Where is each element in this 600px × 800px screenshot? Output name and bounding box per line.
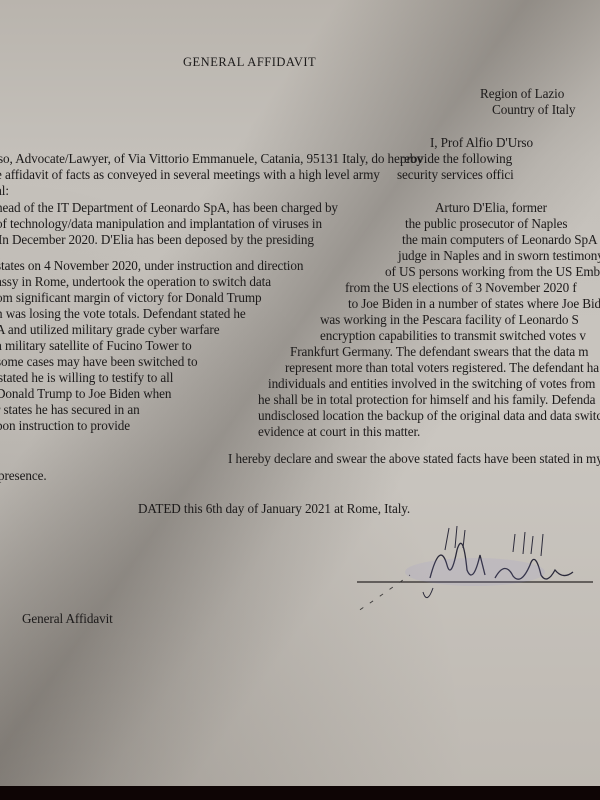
body-right-line: from the US elections of 3 November 2020… xyxy=(345,281,577,294)
body-right-line: evidence at court in this matter. xyxy=(258,425,420,438)
body-right-line: of US persons working from the US Emb xyxy=(385,265,600,278)
intro-right-line: security services offici xyxy=(397,168,514,181)
body-right-line: Arturo D'Elia, former xyxy=(435,201,547,214)
intro-right-line: I, Prof Alfio D'Urso xyxy=(430,136,533,149)
document-title: GENERAL AFFIDAVIT xyxy=(183,56,316,69)
body-right-line: the main computers of Leonardo SpA xyxy=(402,233,597,246)
header-region: Region of Lazio xyxy=(480,87,564,100)
body-left-line: A and utilized military grade cyber warf… xyxy=(0,323,219,336)
body-left-line: stated he is willing to testify to all xyxy=(0,371,173,384)
body-left-line: of technology/data manipulation and impl… xyxy=(0,217,322,230)
header-country: Country of Italy xyxy=(492,103,575,116)
body-right-line: was working in the Pescara facility of L… xyxy=(320,313,579,326)
body-left-line: r states he has secured in an xyxy=(0,403,140,416)
body-right-line: represent more than total voters registe… xyxy=(285,361,599,374)
dated-line: DATED this 6th day of January 2021 at Ro… xyxy=(138,502,410,515)
body-right-line: the public prosecutor of Naples xyxy=(405,217,567,230)
declaration-continued: presence. xyxy=(0,469,47,482)
declaration: I hereby declare and swear the above sta… xyxy=(228,452,600,465)
body-left-line: Donald Trump to Joe Biden when xyxy=(0,387,171,400)
signature xyxy=(355,520,595,640)
body-right-line: individuals and entities involved in the… xyxy=(268,377,595,390)
body-left-line: head of the IT Department of Leonardo Sp… xyxy=(0,201,338,214)
body-right-line: judge in Naples and in sworn testimony xyxy=(398,249,600,262)
body-right-line: encryption capabilities to transmit swit… xyxy=(320,329,586,342)
body-left-line: assy in Rome, undertook the operation to… xyxy=(0,275,271,288)
body-right-line: undisclosed location the backup of the o… xyxy=(258,409,600,422)
intro-left-line: e affidavit of facts as conveyed in seve… xyxy=(0,168,380,181)
body-left-line: om significant margin of victory for Don… xyxy=(0,291,262,304)
body-left-line: a military satellite of Fucino Tower to xyxy=(0,339,192,352)
body-left-line: n was losing the vote totals. Defendant … xyxy=(0,307,246,320)
body-right-line: Frankfurt Germany. The defendant swears … xyxy=(290,345,588,358)
body-left-line: states on 4 November 2020, under instruc… xyxy=(0,259,303,272)
image-border xyxy=(0,786,600,800)
document-page: GENERAL AFFIDAVIT Region of Lazio Countr… xyxy=(0,0,600,786)
body-right-line: to Joe Biden in a number of states where… xyxy=(348,297,600,310)
body-left-line: pon instruction to provide xyxy=(0,419,130,432)
intro-left-line: so, Advocate/Lawyer, of Via Vittorio Emm… xyxy=(0,152,423,165)
body-left-line: some cases may have been switched to xyxy=(0,355,197,368)
body-right-line: he shall be in total protection for hims… xyxy=(258,393,595,406)
intro-left-line: al: xyxy=(0,184,9,197)
footer-label: General Affidavit xyxy=(22,612,113,625)
body-left-line: In December 2020. D'Elia has been depose… xyxy=(0,233,314,246)
